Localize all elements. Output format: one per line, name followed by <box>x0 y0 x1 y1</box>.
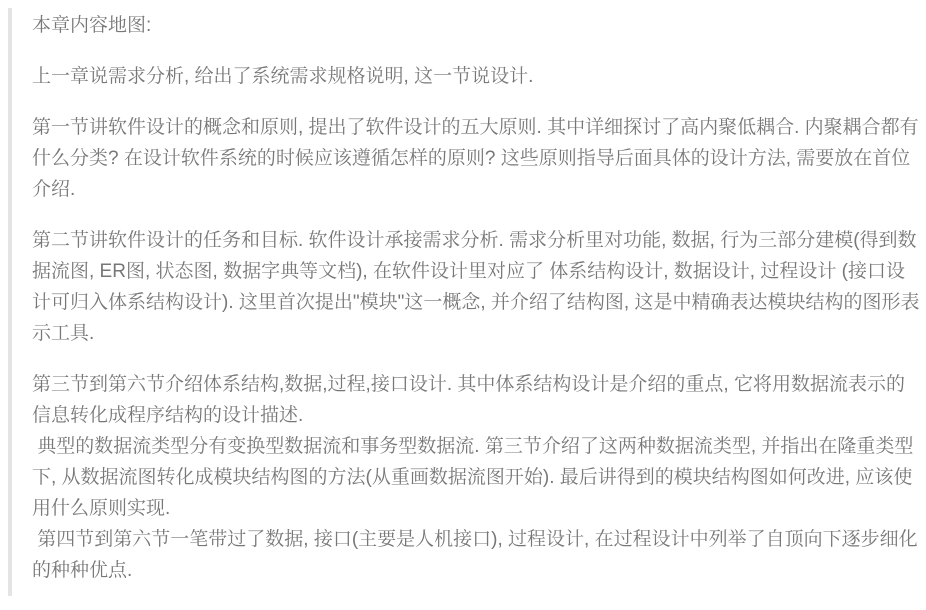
paragraph-section-1: 第一节讲软件设计的概念和原则, 提出了软件设计的五大原则. 其中详细探讨了高内聚… <box>32 112 920 205</box>
paragraph-content-map: 本章内容地图: <box>32 10 920 41</box>
paragraph-previous-chapter: 上一章说需求分析, 给出了系统需求规格说明, 这一节说设计. <box>32 61 920 92</box>
paragraph-section-2: 第二节讲软件设计的任务和目标. 软件设计承接需求分析. 需求分析里对功能, 数据… <box>32 225 920 349</box>
paragraph-sections-3-to-6: 第三节到第六节介绍体系结构,数据,过程,接口设计. 其中体系结构设计是介绍的重点… <box>32 369 920 586</box>
chapter-summary-quote: 本章内容地图: 上一章说需求分析, 给出了系统需求规格说明, 这一节说设计. 第… <box>8 8 926 596</box>
